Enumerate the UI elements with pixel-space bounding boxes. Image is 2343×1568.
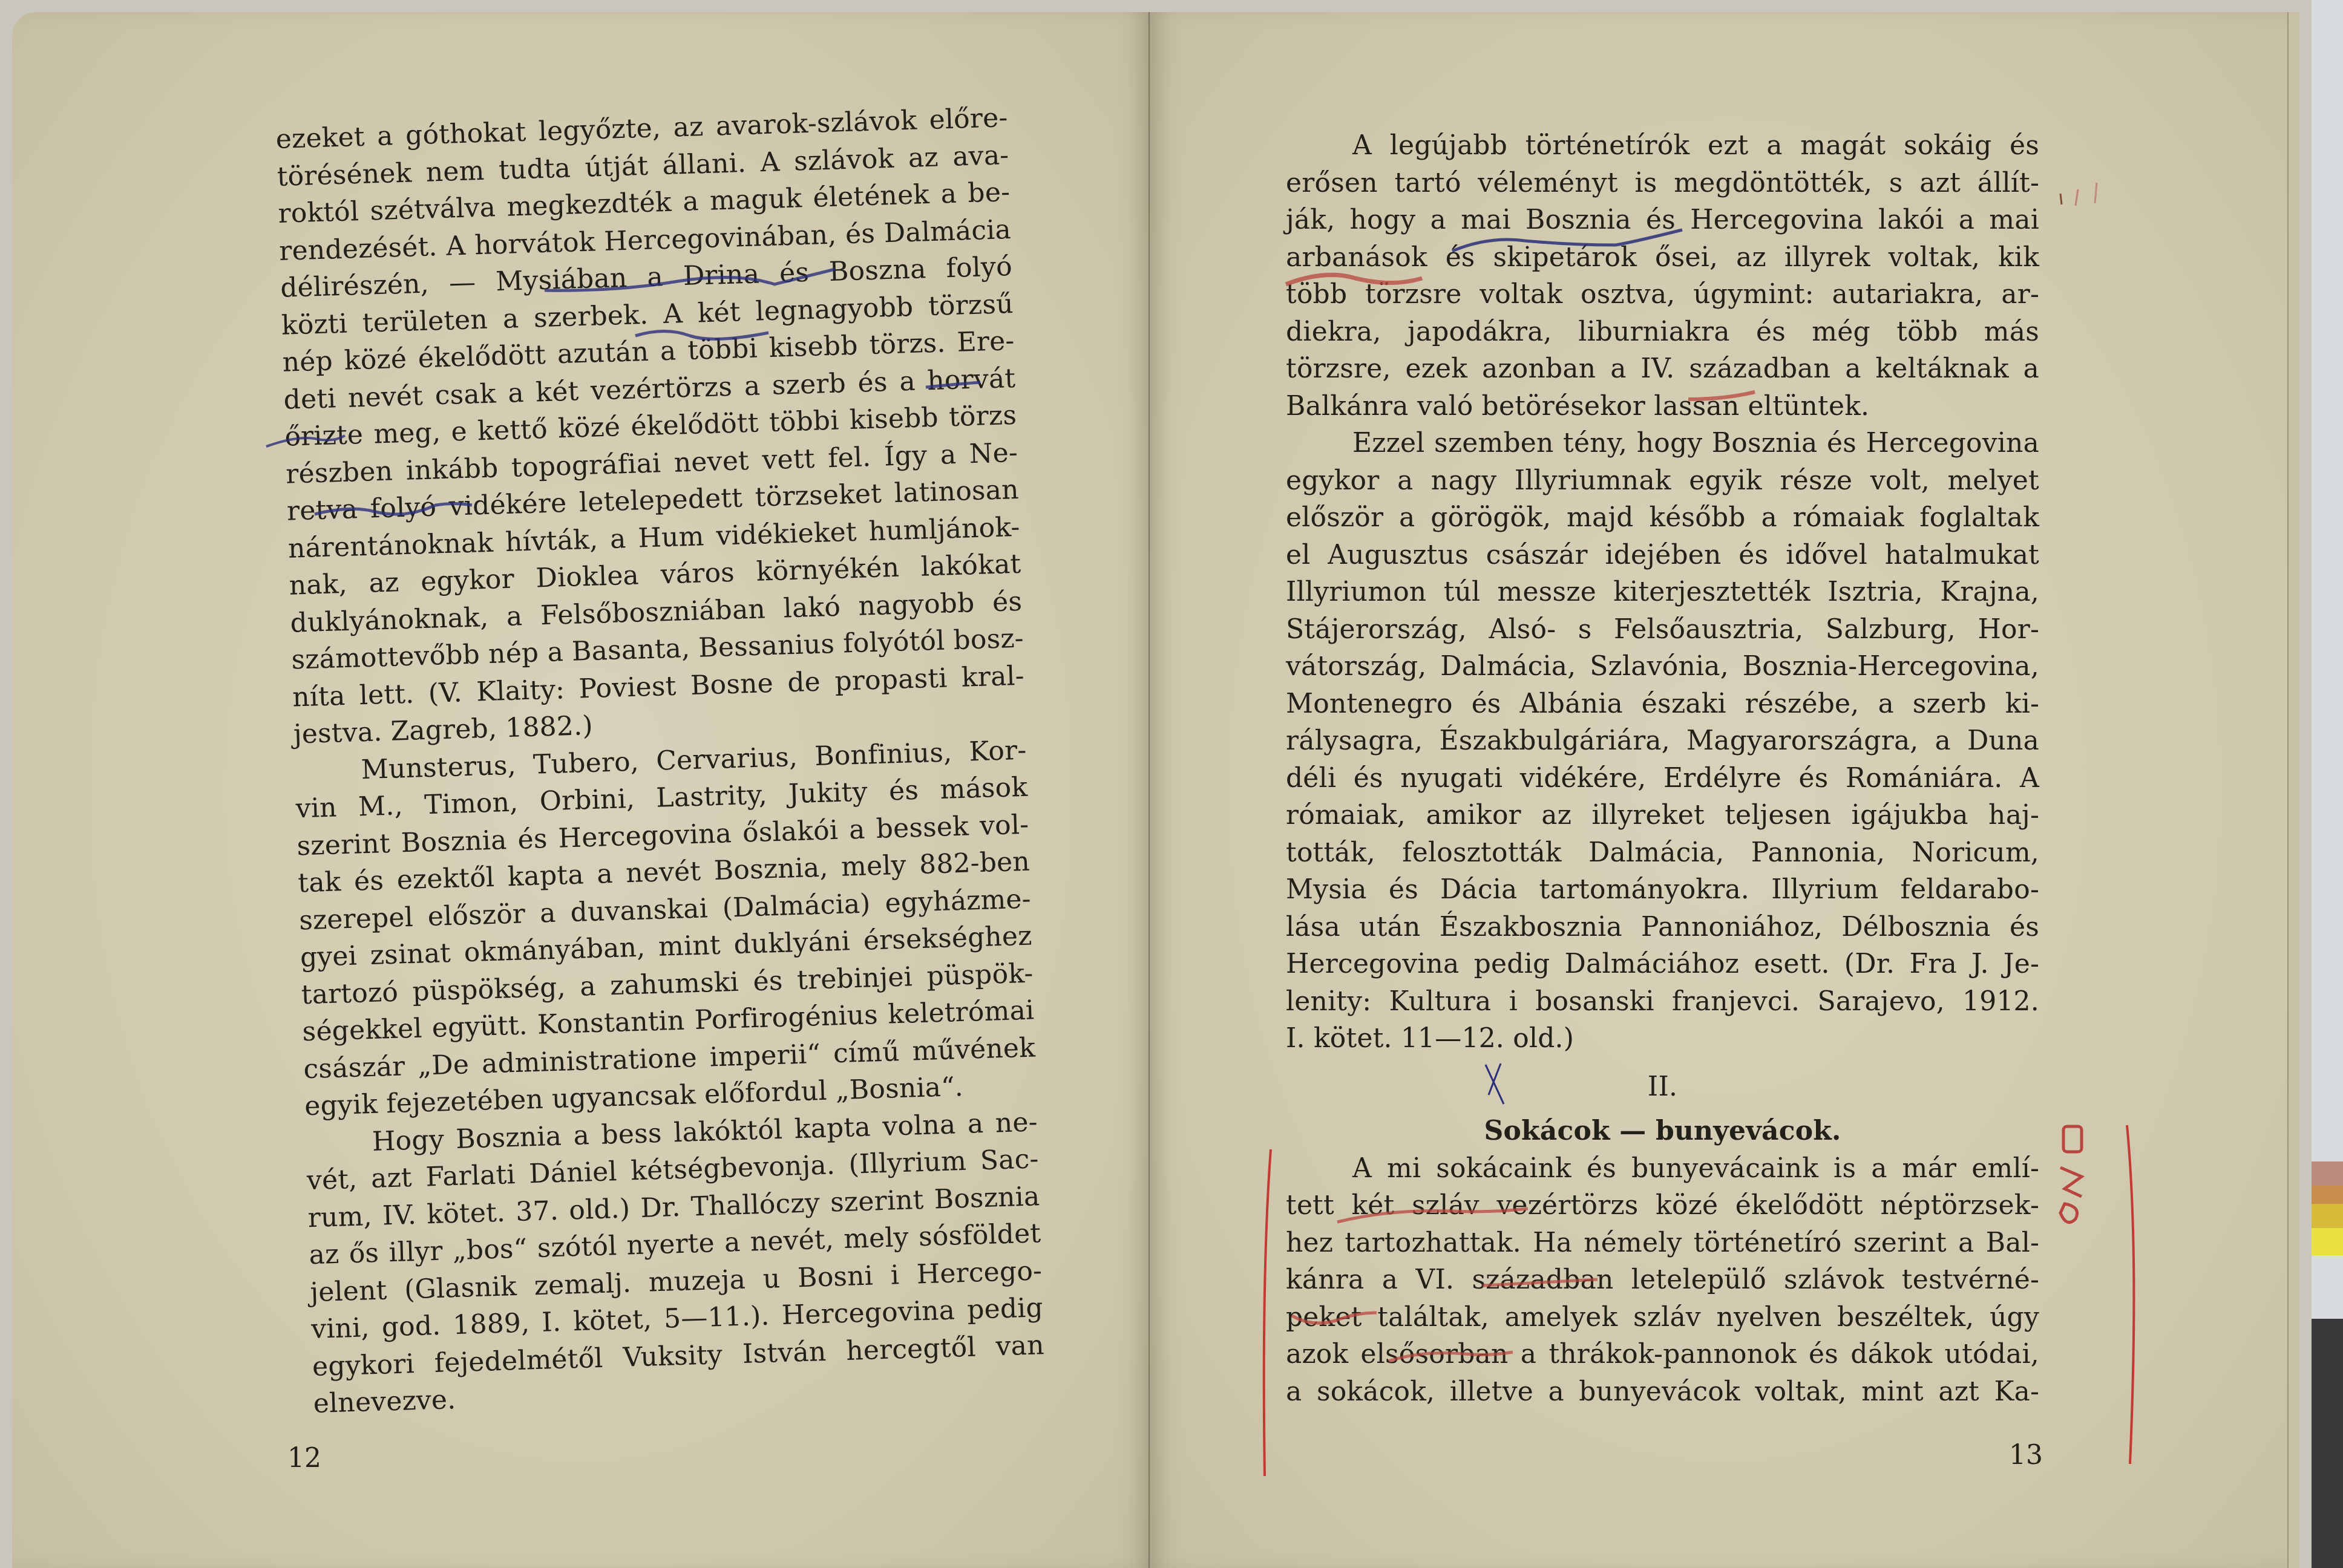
text-line: erősen tartó véleményt is megdöntötték, … bbox=[1286, 165, 2039, 202]
text-line: Hercegovina pedig Dalmáciához esett. (Dr… bbox=[1286, 946, 2039, 983]
page-edge bbox=[2287, 12, 2299, 1568]
left-page: ezeket a góthokat legyőzte, az avarok-sz… bbox=[12, 12, 1150, 1568]
text-line: peket találtak, amelyek szláv nyelven be… bbox=[1286, 1299, 2039, 1336]
text-line: Illyriumon túl messze kiterjesztették Is… bbox=[1286, 573, 2039, 611]
text-line: Balkánra való betörésekor lassan eltünte… bbox=[1286, 388, 2039, 425]
colored-tab bbox=[2312, 1161, 2343, 1186]
right-page: A legújabb történetírók ezt a magát soká… bbox=[1150, 12, 2299, 1568]
text-line: lása után Északbosznia Pannoniához, Délb… bbox=[1286, 909, 2039, 946]
page-number-left: 12 bbox=[287, 1443, 321, 1474]
text-line: el Augusztus császár idejében és idővel … bbox=[1286, 537, 2039, 574]
text-line: diekra, japodákra, liburniakra és még tö… bbox=[1286, 313, 2039, 351]
text-line: először a görögök, majd később a rómaiak… bbox=[1286, 499, 2039, 537]
colored-tab bbox=[2312, 1186, 2343, 1204]
page-number-right: 13 bbox=[2009, 1440, 2043, 1471]
colored-tab bbox=[2312, 1228, 2343, 1255]
dark-surface bbox=[2312, 1319, 2343, 1568]
text-line: a sokácok, illetve a bunyevácok voltak, … bbox=[1286, 1373, 2039, 1411]
text-line: azok elsősorban a thrákok-pannonok és dá… bbox=[1286, 1336, 2039, 1373]
text-line: rómaiak, amikor az illyreket teljesen ig… bbox=[1286, 797, 2039, 834]
section-number: II. bbox=[1286, 1068, 2039, 1106]
text-line: I. kötet. 11—12. old.) bbox=[1286, 1020, 2039, 1057]
section-title: Sokácok — bunyevácok. bbox=[1286, 1112, 2039, 1150]
left-page-body: ezeket a góthokat legyőzte, az avarok-sz… bbox=[275, 99, 1046, 1422]
text-line: törzsre, ezek azonban a IV. században a … bbox=[1286, 350, 2039, 388]
text-line: Mysia és Dácia tartományokra. Illyrium f… bbox=[1286, 871, 2039, 909]
text-line: Ezzel szemben tény, hogy Bosznia és Herc… bbox=[1286, 425, 2039, 462]
text-line: déli és nyugati vidékére, Erdélyre és Ro… bbox=[1286, 760, 2039, 797]
text-line: A mi sokácaink és bunyevácaink is a már … bbox=[1286, 1150, 2039, 1187]
text-line: tett két szláv vezértörzs közé ékelődött… bbox=[1286, 1187, 2039, 1224]
text-line: hez tartozhattak. Ha némely történetíró … bbox=[1286, 1224, 2039, 1262]
text-line: A legújabb történetírók ezt a magát soká… bbox=[1286, 127, 2039, 165]
desk-background bbox=[2312, 0, 2343, 1568]
book-spread: ezeket a góthokat legyőzte, az avarok-sz… bbox=[12, 12, 2312, 1568]
text-line: több törzsre voltak osztva, úgymint: aut… bbox=[1286, 276, 2039, 313]
colored-tab bbox=[2312, 1204, 2343, 1228]
text-line: tották, felosztották Dalmácia, Pannonia,… bbox=[1286, 834, 2039, 872]
text-line: Montenegro és Albánia északi részébe, a … bbox=[1286, 685, 2039, 723]
text-line: lenity: Kultura i bosanski franjevci. Sa… bbox=[1286, 983, 2039, 1021]
text-line: kánra a VI. században letelepülő szlávok… bbox=[1286, 1261, 2039, 1299]
text-line: rálysagra, Északbulgáriára, Magyarország… bbox=[1286, 722, 2039, 760]
text-line: Stájerország, Alsó- s Felsőausztria, Sal… bbox=[1286, 611, 2039, 648]
text-line: ják, hogy a mai Bosznia és Hercegovina l… bbox=[1286, 201, 2039, 239]
right-page-body: A legújabb történetírók ezt a magát soká… bbox=[1286, 127, 2039, 1410]
text-line: egykor a nagy Illyriumnak egyik része vo… bbox=[1286, 462, 2039, 500]
text-line: arbanások és skipetárok ősei, az illyrek… bbox=[1286, 239, 2039, 276]
text-line: vátország, Dalmácia, Szlavónia, Bosznia-… bbox=[1286, 648, 2039, 685]
